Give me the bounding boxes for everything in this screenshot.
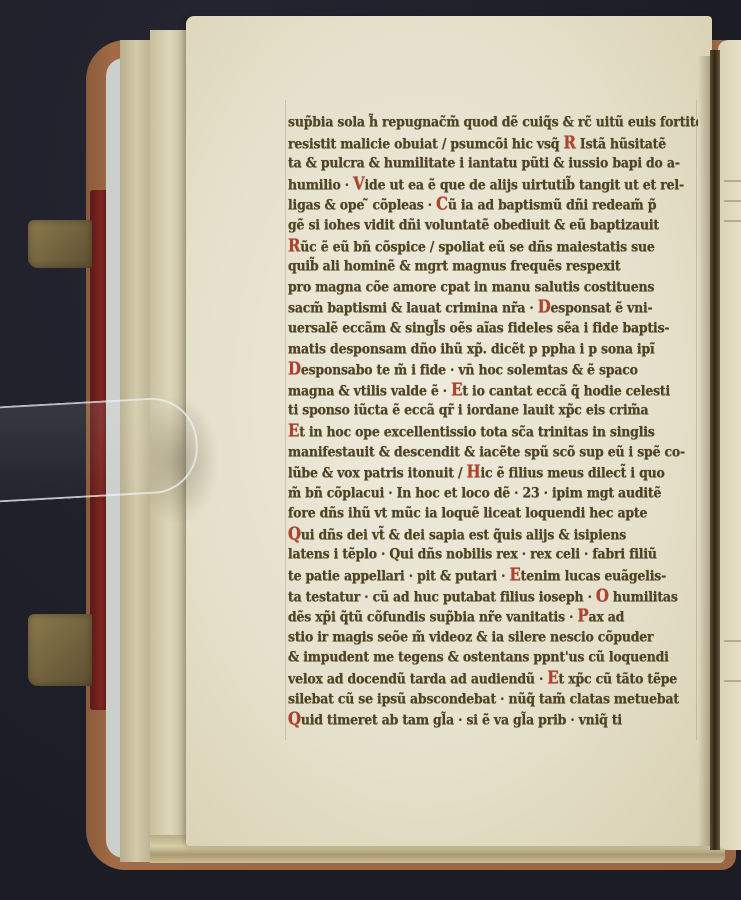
line-text: magna & vtilis valde ẽ ·: [288, 382, 451, 399]
rubricated-initial: Q: [288, 709, 301, 730]
gutter: [710, 50, 720, 850]
line-text: ide ut ea ẽ que de alijs uirtutib̃ tangi…: [365, 176, 684, 193]
line-text: tenim lucas euãgelis-: [521, 567, 666, 584]
line-text: matis desponsam dño ihũ xp̃. dicẽt p pph…: [288, 339, 655, 356]
line-text: t in hoc ope excellentissio tota sc̃a tr…: [299, 423, 654, 440]
text-line: Quid timeret ab tam gl̃a · si ẽ va gl̃a …: [288, 708, 698, 732]
line-text: ta & pulcra & humilitate i iantatu pũti …: [288, 154, 680, 171]
rubricated-initial: E: [509, 565, 520, 586]
line-text: uid timeret ab tam gl̃a · si ẽ va gl̃a p…: [301, 711, 622, 728]
line-text: te patie appellari · pit & putari ·: [288, 567, 509, 584]
line-text: gẽ si iohes vidit dñi voluntatẽ obediuit…: [288, 216, 659, 233]
ruling-line: [285, 100, 286, 740]
line-text: t io cantat eccã q̃ hodie celesti: [462, 382, 670, 399]
line-text: ũ ia ad baptismũ dñi redeam̃ p̃: [448, 196, 656, 213]
line-text: lũbe & vox patris itonuit /: [288, 464, 467, 481]
line-text: humilio ·: [288, 176, 353, 193]
line-text: humilitas: [609, 588, 678, 605]
rubricated-initial: E: [288, 421, 299, 442]
facing-page: [718, 40, 741, 850]
line-text: fore dñs ihũ vt mũc ia loquẽ liceat loqu…: [288, 504, 647, 521]
line-text: resistit malicie obuiat / psumcõi hic vs…: [288, 134, 564, 151]
line-text: m̃ bñ cõplacui · In hoc et loco dẽ · 23 …: [288, 483, 661, 500]
line-text: ti sponso iũcta ẽ eccã qr̃ i iordane lau…: [288, 401, 648, 418]
line-text: t xp̃c cũ tãto tẽpe: [559, 670, 678, 687]
plastic-support-strip: [0, 395, 200, 504]
line-text: dẽs xp̃i q̃tũ cõfundis sup̃bia nr̃e vani…: [288, 608, 577, 625]
line-text: manifestauit & descendit & iacẽte spũ sc…: [288, 442, 685, 459]
line-text: velox ad docendũ tarda ad audiendũ ·: [288, 670, 547, 687]
rubricated-initial: D: [288, 359, 301, 380]
rubricated-initial: R: [564, 132, 576, 153]
rubricated-initial: C: [436, 194, 448, 215]
line-text: Istã hũsitatẽ: [576, 134, 666, 151]
line-text: esponsabo te m̃ i fide · vn̄ hoc solemta…: [301, 361, 638, 378]
rubricated-initial: E: [547, 668, 558, 689]
rubricated-initial: H: [467, 462, 481, 483]
rubricated-initial: O: [596, 585, 609, 606]
rubricated-initial: R: [288, 235, 300, 256]
line-text: esponsat ẽ vni-: [551, 299, 653, 316]
line-text: sacm̃ baptismi & lauat crimina nr̃a ·: [288, 299, 538, 316]
line-text: ta testatur · cũ ad huc putabat filius i…: [288, 588, 596, 605]
line-text: silebat cũ se ipsũ abscondebat · nũq̃ ta…: [288, 689, 679, 706]
line-text: ũc ẽ eũ bñ cõspice / spoliat eũ se dñs m…: [300, 237, 654, 254]
rubricated-initial: Q: [288, 523, 301, 544]
line-text: latens i tẽplo · Qui dñs nobilis rex · r…: [288, 545, 657, 562]
line-text: sup̃bia sola h̃ repugnac̃m̃ quod dẽ cuiq…: [288, 113, 698, 130]
line-text: ligas & ope ̃ cõpleas ·: [288, 196, 436, 213]
line-text: & impudent me tegens & ostentans ppnt'us…: [288, 648, 669, 665]
line-text: ui dñs dei vt̃ & dei sapia est q̃uis ali…: [301, 526, 626, 543]
line-text: uersalẽ eccãm & singl̃s oẽs aĩas fideles…: [288, 319, 669, 336]
line-text: ax ad: [588, 608, 624, 625]
clasp-bottom: [28, 614, 92, 686]
rubricated-initial: D: [538, 297, 551, 318]
rubricated-initial: V: [353, 173, 364, 194]
rubricated-initial: P: [577, 606, 588, 627]
manuscript-text-block: sup̃bia sola h̃ repugnac̃m̃ quod dẽ cuiq…: [288, 112, 698, 730]
clasp-top: [28, 220, 92, 268]
line-text: stio ir magis seõe m̃ videoz & ia silere…: [288, 628, 653, 645]
line-text: pro magna cõe amore cpat in manu salutis…: [288, 278, 654, 295]
line-text: ic ẽ filius meus dilect̃ i quo: [480, 464, 664, 481]
line-text: quib̃ ali hominẽ & mgrt magnus frequẽs r…: [288, 257, 621, 274]
rubricated-initial: E: [451, 379, 462, 400]
